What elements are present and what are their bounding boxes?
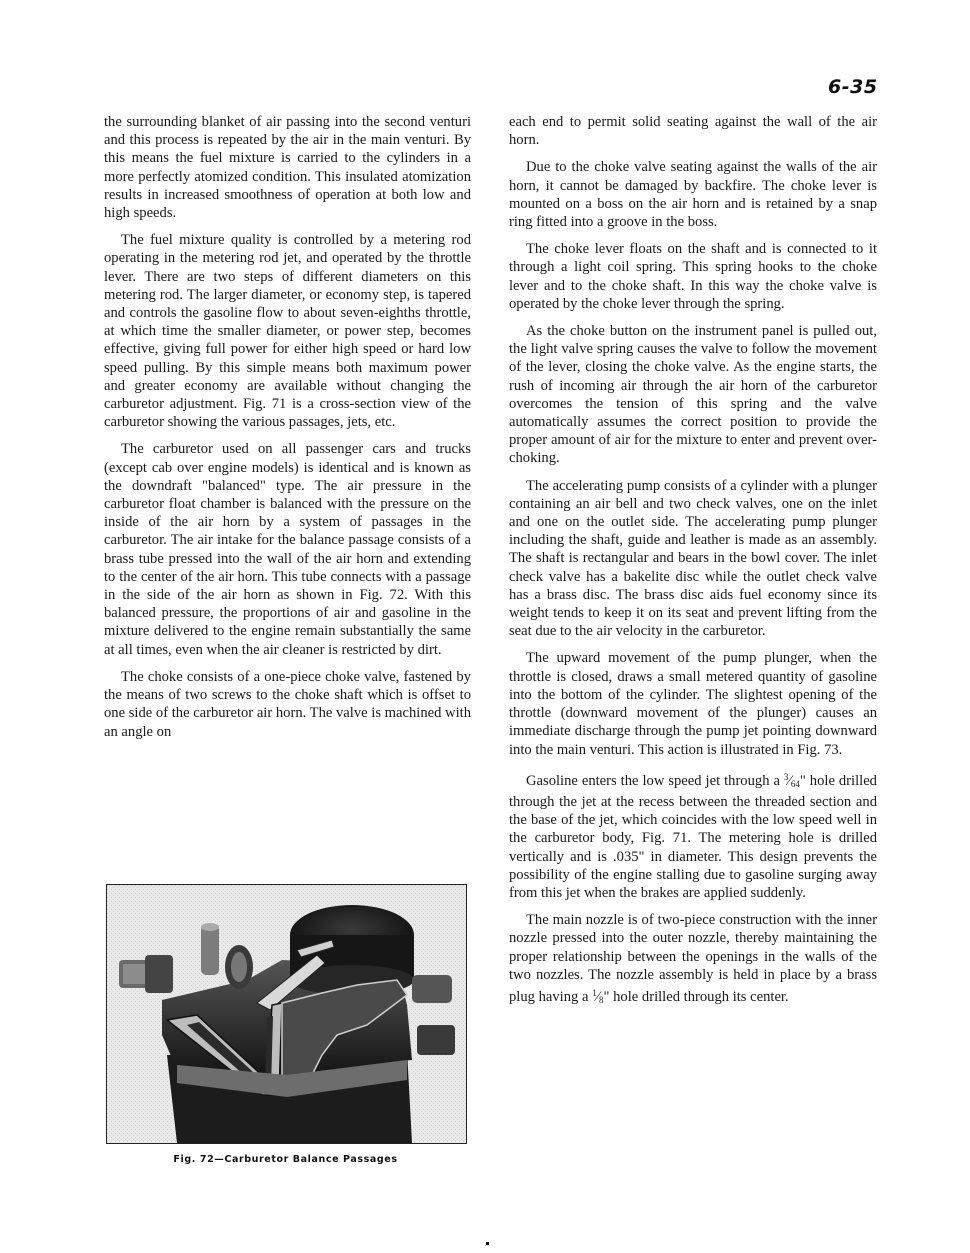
page-mark <box>486 1242 489 1245</box>
paragraph: The accelerating pump consists of a cyli… <box>509 477 877 641</box>
paragraph: The upward movement of the pump plunger,… <box>509 649 877 758</box>
figure-caption: Fig. 72—Carburetor Balance Passages <box>104 1154 467 1165</box>
paragraph: Gasoline enters the low speed jet throug… <box>509 768 877 902</box>
fraction-denominator: 64 <box>791 779 800 789</box>
page-number: 6-35 <box>828 76 878 98</box>
figure-carburetor-photo <box>106 884 467 1144</box>
paragraph: the surrounding blanket of air passing i… <box>104 113 471 222</box>
paragraph: The choke lever floats on the shaft and … <box>509 240 877 313</box>
paragraph: The fuel mixture quality is controlled b… <box>104 231 471 431</box>
carburetor-photo-illustration <box>107 885 466 1143</box>
text-run: Gasoline enters the low speed jet throug… <box>526 773 784 789</box>
right-column: each end to permit solid seating against… <box>509 113 877 1018</box>
paragraph: each end to permit solid seating against… <box>509 113 877 149</box>
text-run: " hole drilled through its center. <box>604 989 789 1005</box>
paragraph: The choke consists of a one-piece choke … <box>104 668 471 741</box>
paragraph: As the choke button on the instrument pa… <box>509 322 877 468</box>
paragraph: The main nozzle is of two-piece construc… <box>509 911 877 1009</box>
fraction-numerator: 3 <box>784 772 789 782</box>
left-column: the surrounding blanket of air passing i… <box>104 113 471 750</box>
text-run: " hole drilled through the jet at the re… <box>509 773 877 901</box>
fraction-numerator: 1 <box>592 988 597 998</box>
paragraph: The carburetor used on all passenger car… <box>104 440 471 658</box>
paragraph: Due to the choke valve seating against t… <box>509 158 877 231</box>
